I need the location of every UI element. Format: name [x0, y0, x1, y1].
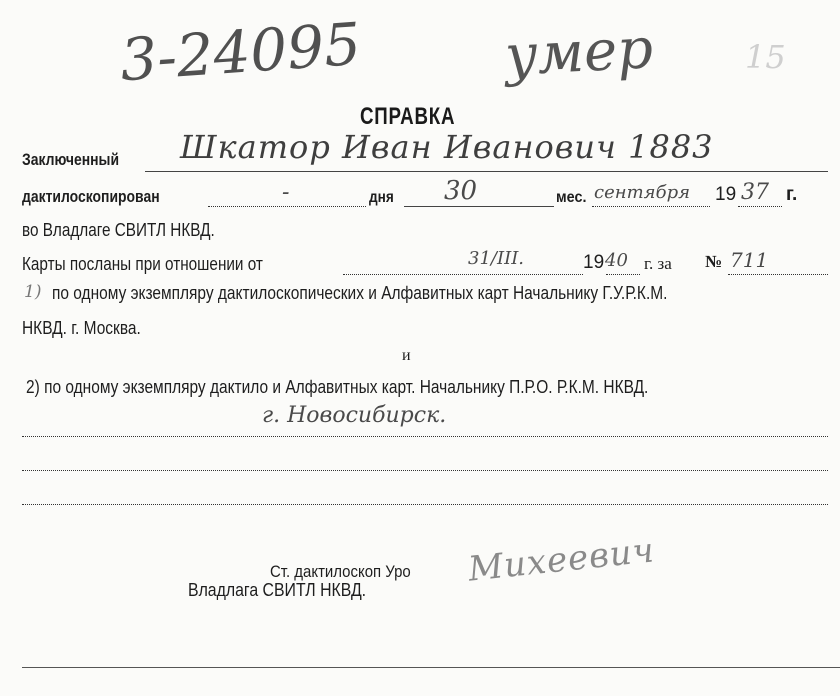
item1-text: по одному экземпляру дактилоскопических … — [52, 283, 667, 304]
signature: Михеевич — [466, 530, 656, 589]
blank-line-3 — [22, 504, 828, 505]
item1-continuation: НКВД. г. Москва. — [22, 318, 141, 339]
number-line — [728, 274, 828, 275]
prisoner-name-line — [145, 171, 828, 172]
item1-wrap: по одному экземпляру дактилоскопических … — [52, 283, 768, 304]
cards-date-value: 31/III. — [468, 248, 524, 269]
year-line — [738, 206, 782, 207]
year-value: 37 — [741, 180, 769, 205]
page-title: СПРАВКА — [360, 103, 455, 131]
fingerprinted-blank-value: - — [282, 180, 289, 205]
cards-date-line — [343, 274, 583, 275]
prisoner-label: Заключенный — [22, 150, 119, 170]
cards-year-prefix: 19 — [583, 252, 604, 274]
blank-line-2 — [22, 470, 828, 471]
death-annotation: умер — [503, 16, 654, 89]
cards-year-line — [606, 274, 640, 275]
cards-year-suffix: г. за — [644, 254, 672, 274]
fingerprinted-blank-line — [208, 206, 366, 207]
item1-cont-wrap: НКВД. г. Москва. — [22, 318, 160, 339]
day-label: дня — [369, 189, 394, 207]
number-label: № — [705, 252, 722, 272]
file-number: 3-24095 — [118, 10, 363, 95]
day-line — [404, 206, 554, 207]
day-value: 30 — [444, 176, 477, 206]
signer-title-line1: Ст. дактилоскоп Уро — [270, 562, 411, 582]
fingerprinted-label-wrap: дактилоскопирован — [22, 187, 190, 207]
cards-year-value: 40 — [605, 250, 628, 271]
conjunction: и — [402, 347, 411, 365]
day-label-wrap: дня — [369, 187, 398, 207]
item2-wrap: 2) по одному экземпляру дактило и Алфави… — [26, 377, 750, 398]
cards-sent-label: Карты посланы при отношении от — [22, 254, 263, 275]
location-line: во Владлаге СВИТЛ НКВД. — [22, 220, 215, 241]
signer-title-wrap-1: Ст. дактилоскоп Уро — [270, 562, 430, 582]
item2-city: г. Новосибирск. — [262, 403, 446, 428]
signer-title-line2: Владлага СВИТЛ НКВД. — [188, 580, 366, 601]
signer-title-wrap-2: Владлага СВИТЛ НКВД. — [188, 580, 390, 601]
month-line — [592, 206, 710, 207]
month-label: мес. — [556, 189, 586, 207]
prisoner-name: Шкатор Иван Иванович 1883 — [180, 128, 714, 166]
blank-line-1 — [22, 436, 828, 437]
item1-marker: 1) — [24, 282, 41, 302]
year-prefix: 19 — [715, 184, 736, 206]
location-wrap: во Владлаге СВИТЛ НКВД. — [22, 220, 249, 241]
item2-text: 2) по одному экземпляру дактило и Алфави… — [26, 377, 648, 398]
year-suffix: г. — [786, 184, 797, 206]
corner-mark: 15 — [745, 38, 786, 76]
number-value: 711 — [730, 248, 768, 272]
cards-sent-wrap: Карты посланы при отношении от — [22, 254, 305, 275]
prisoner-label-wrap: Заключенный — [22, 150, 140, 170]
fingerprinted-label: дактилоскопирован — [22, 187, 160, 207]
document-page: 3-24095 умер 15 СПРАВКА Заключенный Шкат… — [0, 0, 840, 696]
month-label-wrap: мес. — [556, 187, 590, 207]
bottom-rule — [22, 667, 840, 668]
month-value: сентября — [594, 182, 690, 203]
